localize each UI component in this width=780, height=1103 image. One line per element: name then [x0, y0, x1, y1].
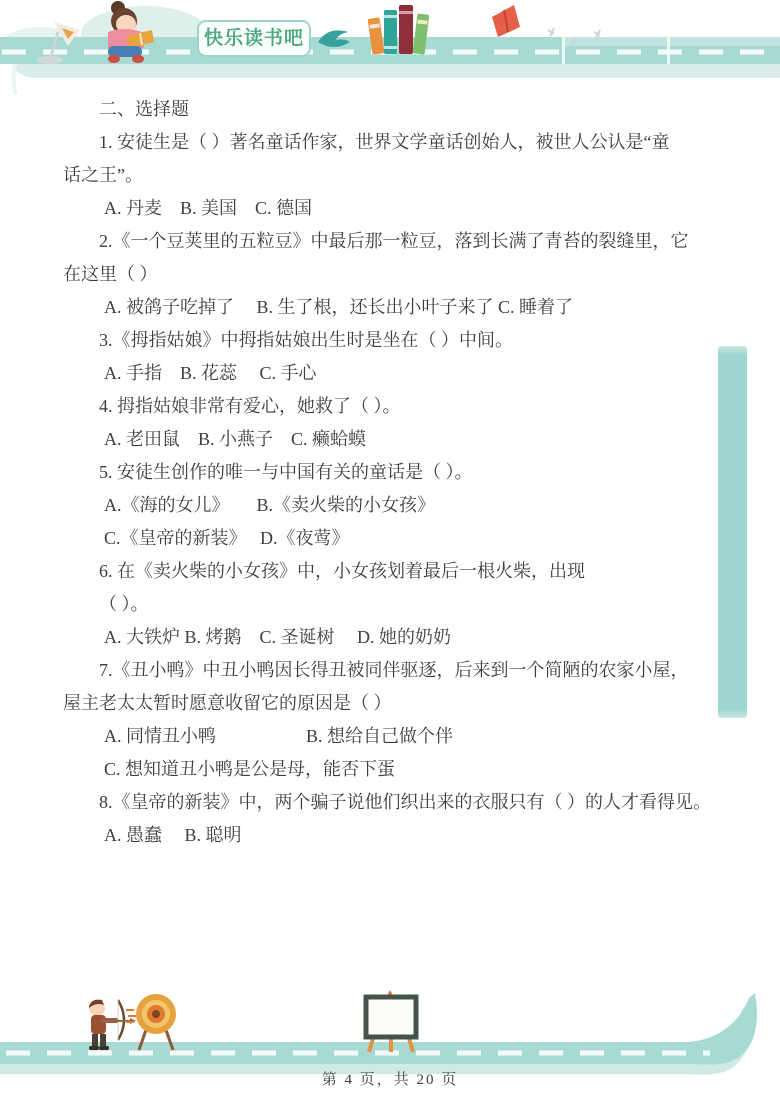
text-line: 7.《丑小鸭》中丑小鸭因长得丑被同伴驱逐，后来到一个简陋的农家小屋，: [63, 654, 719, 687]
easel-board-icon: [366, 990, 416, 1052]
text-line: （ ）。: [63, 588, 719, 621]
text-line: A. 愚蠢 B. 聪明: [63, 819, 719, 852]
text-line: A. 同情丑小鸭 B. 想给自己做个伴: [63, 720, 719, 753]
text-line: 屋主老太太暂时愿意收留它的原因是（ ）: [63, 687, 719, 720]
decorative-side-bar: [718, 346, 747, 718]
archery-target-icon: [126, 994, 176, 1050]
banner: 快乐读书吧: [197, 20, 311, 57]
text-line: 6. 在《卖火柴的小女孩》中，小女孩划着最后一根火柴，出现: [63, 555, 719, 588]
header-decoration: [0, 0, 780, 96]
question-list: 1. 安徒生是（ ）著名童话作家，世界文学童话创始人，被世人公认是“童话之王”。…: [63, 126, 719, 852]
text-line: A.《海的女儿》 B.《卖火柴的小女孩》: [63, 489, 719, 522]
text-line: A. 老田鼠 B. 小燕子 C. 癞蛤蟆: [63, 423, 719, 456]
paper-kite-icon: [492, 5, 520, 37]
text-line: 1. 安徒生是（ ）著名童话作家，世界文学童话创始人，被世人公认是“童: [63, 126, 719, 159]
section-title: 二、选择题: [63, 93, 719, 126]
text-line: C.《皇帝的新装》 D.《夜莺》: [63, 522, 719, 555]
worksheet-page: 快乐读书吧 二、选择题 1. 安徒生是（ ）著名童话作家，世界文学童话创始人，被…: [0, 0, 780, 1103]
text-line: 话之王”。: [63, 159, 719, 192]
text-line: A. 被鸽子吃掉了 B. 生了根，还长出小叶子来了 C. 睡着了: [63, 291, 719, 324]
text-line: 3.《拇指姑娘》中拇指姑娘出生时是坐在（ ）中间。: [63, 324, 719, 357]
text-line: A. 大铁炉 B. 烤鹅 C. 圣诞树 D. 她的奶奶: [63, 621, 719, 654]
text-line: A. 丹麦 B. 美国 C. 德国: [63, 192, 719, 225]
text-line: 4. 拇指姑娘非常有爱心，她救了（ ）。: [63, 390, 719, 423]
page-number: 第 4 页，共 20 页: [0, 1068, 780, 1089]
text-line: 在这里（ ）: [63, 258, 719, 291]
text-line: 5. 安徒生创作的唯一与中国有关的童话是（ ）。: [63, 456, 719, 489]
text-line: C. 想知道丑小鸭是公是母，能否下蛋: [63, 753, 719, 786]
text-line: A. 手指 B. 花蕊 C. 手心: [63, 357, 719, 390]
quiz-content: 二、选择题 1. 安徒生是（ ）著名童话作家，世界文学童话创始人，被世人公认是“…: [63, 93, 719, 852]
text-line: 2.《一个豆荚里的五粒豆》中最后那一粒豆，落到长满了青苔的裂缝里，它: [63, 225, 719, 258]
text-line: 8.《皇帝的新装》中，两个骗子说他们织出来的衣服只有（ ）的人才看得见。: [63, 786, 719, 819]
